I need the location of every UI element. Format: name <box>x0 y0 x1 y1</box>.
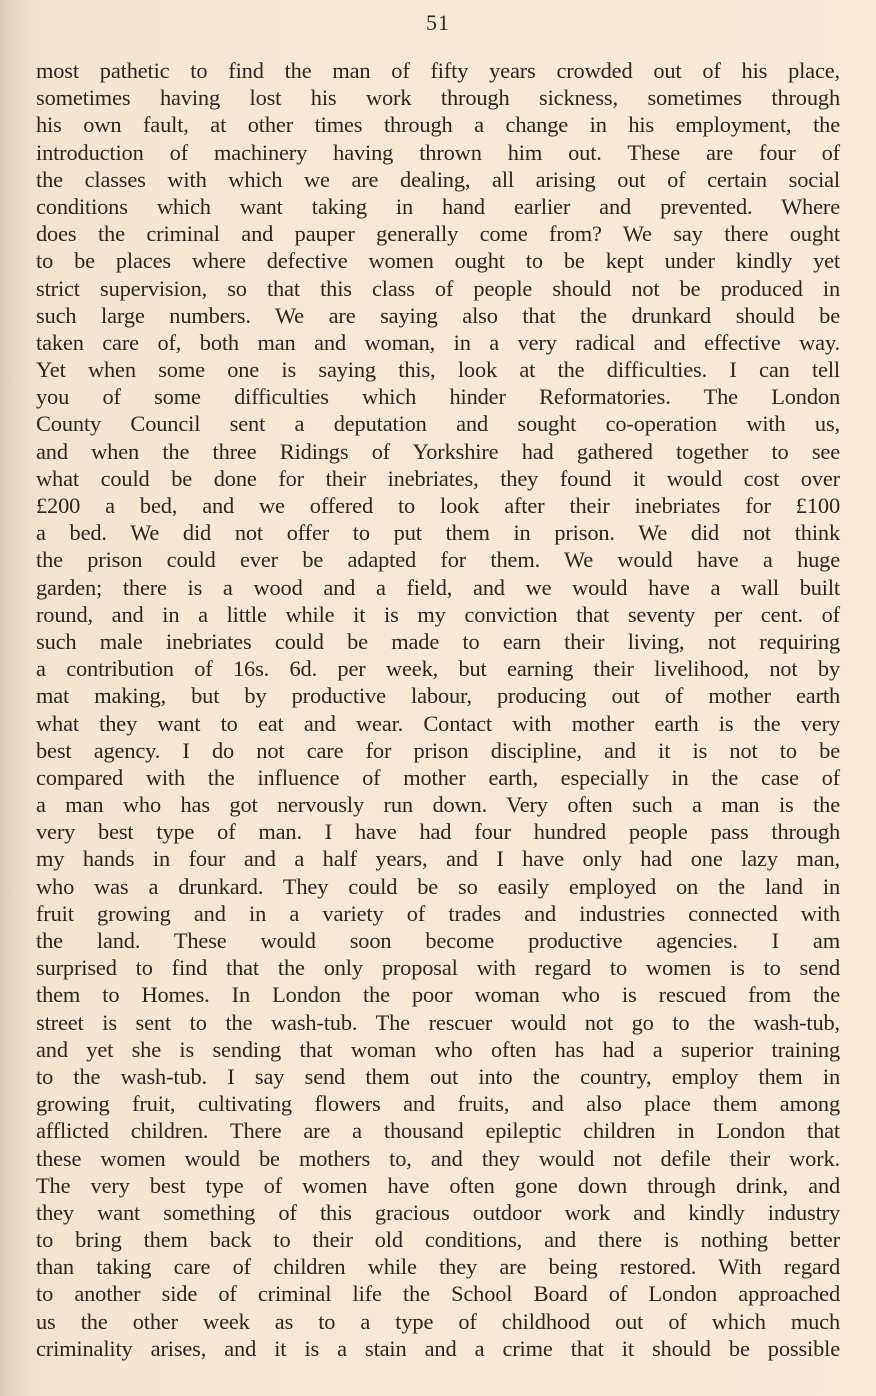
text-line: a contribution of 16s. 6d. per week, but… <box>36 655 840 682</box>
text-line: the land. These would soon become produc… <box>36 927 840 954</box>
text-line: criminality arises, and it is a stain an… <box>36 1335 840 1362</box>
text-line: they want something of this gracious out… <box>36 1199 840 1226</box>
text-line: to the wash-tub. I say send them out int… <box>36 1063 840 1090</box>
body-text: most pathetic to find the man of fifty y… <box>36 57 840 1362</box>
text-line: round, and in a little while it is my co… <box>36 601 840 628</box>
text-line: growing fruit, cultivating flowers and f… <box>36 1090 840 1117</box>
text-line: taken care of, both man and woman, in a … <box>36 329 840 356</box>
page-number: 51 <box>0 10 876 36</box>
text-line: most pathetic to find the man of fifty y… <box>36 57 840 84</box>
text-line: conditions which want taking in hand ear… <box>36 193 840 220</box>
text-line: a man who has got nervously run down. Ve… <box>36 791 840 818</box>
text-line: such large numbers. We are saying also t… <box>36 302 840 329</box>
text-line: introduction of machinery having thrown … <box>36 139 840 166</box>
text-line: street is sent to the wash-tub. The resc… <box>36 1009 840 1036</box>
text-line: who was a drunkard. They could be so eas… <box>36 873 840 900</box>
text-line: and yet she is sending that woman who of… <box>36 1036 840 1063</box>
text-line: to bring them back to their old conditio… <box>36 1226 840 1253</box>
text-line: to be places where defective women ought… <box>36 247 840 274</box>
text-line: Yet when some one is saying this, look a… <box>36 356 840 383</box>
text-line: his own fault, at other times through a … <box>36 111 840 138</box>
text-line: to another side of criminal life the Sch… <box>36 1280 840 1307</box>
text-line: sometimes having lost his work through s… <box>36 84 840 111</box>
text-line: what they want to eat and wear. Contact … <box>36 710 840 737</box>
text-line: my hands in four and a half years, and I… <box>36 845 840 872</box>
text-line: very best type of man. I have had four h… <box>36 818 840 845</box>
book-page: 51 most pathetic to find the man of fift… <box>0 0 876 1396</box>
text-line: best agency. I do not care for prison di… <box>36 737 840 764</box>
text-line: what could be done for their inebriates,… <box>36 465 840 492</box>
text-line: compared with the influence of mother ea… <box>36 764 840 791</box>
text-line: them to Homes. In London the poor woman … <box>36 981 840 1008</box>
text-line: than taking care of children while they … <box>36 1253 840 1280</box>
text-line: a bed. We did not offer to put them in p… <box>36 519 840 546</box>
text-line: the classes with which we are dealing, a… <box>36 166 840 193</box>
text-line: County Council sent a deputation and sou… <box>36 410 840 437</box>
text-line: does the criminal and pauper generally c… <box>36 220 840 247</box>
text-line: afflicted children. There are a thousand… <box>36 1117 840 1144</box>
text-line: these women would be mothers to, and the… <box>36 1145 840 1172</box>
text-line: us the other week as to a type of childh… <box>36 1308 840 1335</box>
text-line: The very best type of women have often g… <box>36 1172 840 1199</box>
text-line: the prison could ever be adapted for the… <box>36 546 840 573</box>
text-line: strict supervision, so that this class o… <box>36 275 840 302</box>
text-line: such male inebriates could be made to ea… <box>36 628 840 655</box>
text-line: surprised to find that the only proposal… <box>36 954 840 981</box>
text-line: fruit growing and in a variety of trades… <box>36 900 840 927</box>
text-line: garden; there is a wood and a field, and… <box>36 574 840 601</box>
text-line: mat making, but by productive labour, pr… <box>36 682 840 709</box>
text-line: £200 a bed, and we offered to look after… <box>36 492 840 519</box>
text-line: and when the three Ridings of Yorkshire … <box>36 438 840 465</box>
text-line: you of some difficulties which hinder Re… <box>36 383 840 410</box>
